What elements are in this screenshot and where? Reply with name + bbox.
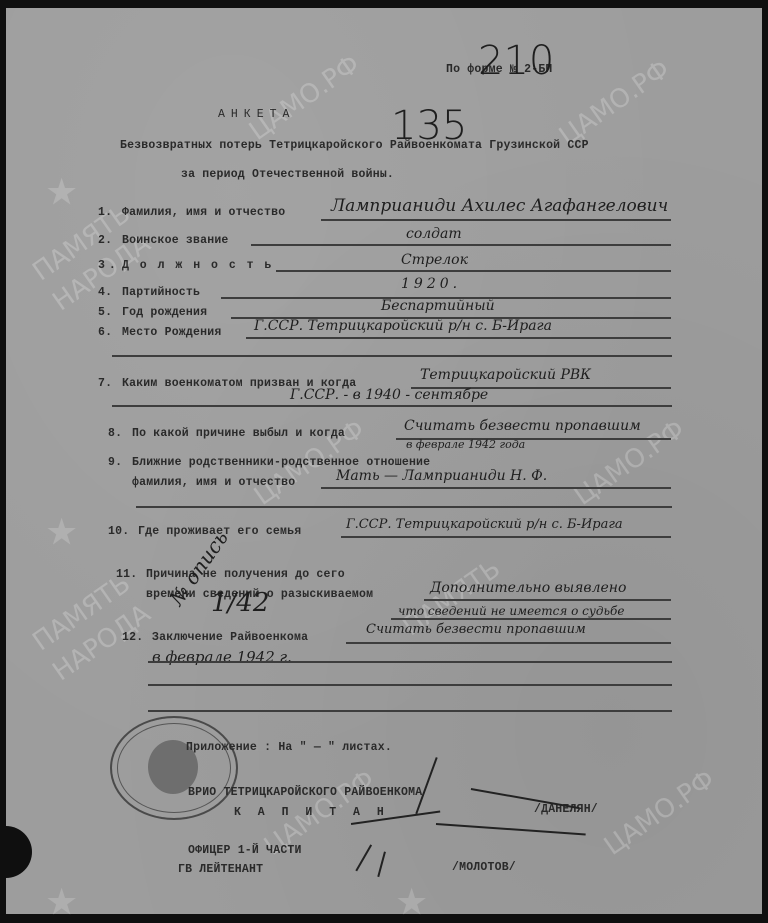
field-11-rule-2: [391, 618, 671, 620]
field-9-rule: [321, 487, 671, 489]
watermark-pamyat: ПАМЯТЬ: [27, 199, 136, 288]
blank-rule-2: [148, 710, 672, 712]
margin-note-number: 1/42: [211, 588, 269, 618]
commander-title: ВРИО ТЕТРИЦКАРОЙСКОГО РАЙВОЕНКОМА: [188, 786, 422, 799]
field-1-value: Ламприаниди Ахилес Агафангелович: [331, 196, 668, 216]
field-1-number: 1.: [98, 206, 112, 219]
field-9-number: 9.: [108, 456, 122, 469]
field-5-label: Год рождения: [122, 306, 207, 319]
field-12-value: Считать безвести пропавшим: [366, 622, 586, 637]
field-8-value-2: в феврале 1942 года: [406, 438, 525, 451]
field-12-number: 12.: [122, 631, 143, 644]
binder-hole: [6, 826, 32, 878]
field-11-rule: [424, 599, 671, 601]
field-9-rule-2: [136, 506, 672, 508]
watermark-camo: ЦАМО.РФ: [554, 54, 675, 152]
watermark-pamyat: ПАМЯТЬ: [27, 569, 136, 658]
field-8-value: Считать безвести пропавшим: [404, 418, 641, 434]
field-3-number: 3.: [98, 259, 120, 272]
field-11-number: 11.: [116, 568, 137, 581]
field-2-value: солдат: [406, 226, 462, 242]
star-watermark-icon: ★: [46, 868, 77, 923]
archive-number-handwritten: 210: [478, 38, 554, 84]
field-12-value-2: в феврале 1942 г.: [152, 648, 292, 666]
field-11-value-2: что сведений не имеется о судьбе: [398, 604, 624, 618]
field-3-value: Стрелок: [401, 252, 468, 268]
field-1-rule: [321, 219, 671, 221]
field-2-rule: [251, 244, 671, 246]
archive-document-sheet: ЦАМО.РФ ЦАМО.РФ ПАМЯТЬ НАРОДА ЦАМО.РФ ЦА…: [6, 8, 762, 914]
field-4-number: 4.: [98, 286, 112, 299]
field-8-label: По какой причине выбыл и когда: [132, 427, 345, 440]
star-watermark-icon: ★: [396, 868, 427, 923]
field-12-rule: [346, 642, 671, 644]
star-watermark-icon: ★: [46, 498, 77, 561]
watermark-camo: ЦАМО.РФ: [244, 49, 365, 147]
document-subtitle-2: за период Отечественной войны.: [181, 168, 394, 181]
field-7-rule-2: [112, 405, 672, 407]
field-9-label-2: фамилия, имя и отчество: [132, 476, 295, 489]
field-6-number: 6.: [98, 326, 112, 339]
field-3-rule: [276, 270, 671, 272]
field-6-rule-extra: [112, 355, 672, 357]
field-4-value: 1920.: [401, 276, 461, 292]
star-watermark-icon: ★: [46, 158, 77, 221]
field-10-rule: [341, 536, 671, 538]
officer-title: ОФИЦЕР 1-Й ЧАСТИ: [188, 844, 302, 857]
field-11-value: Дополнительно выявлено: [430, 580, 626, 596]
attachment-note: Приложение : На " — " листах.: [186, 741, 392, 754]
field-3-label: Д о л ж н о с т ь: [122, 259, 273, 272]
field-6-label: Место Рождения: [122, 326, 221, 339]
field-4-label: Партийность: [122, 286, 200, 299]
officer-rank: ГВ ЛЕЙТЕНАНТ: [178, 863, 263, 876]
field-10-value: Г.ССР. Тетрицкаройский р/н с. Б-Ирага: [346, 517, 623, 532]
field-12-rule-2: [148, 661, 672, 663]
document-title: АНКЕТА: [218, 108, 295, 121]
field-1-label: Фамилия, имя и отчество: [122, 206, 285, 219]
field-9-value: Мать — Ламприаниди Н. Ф.: [336, 468, 547, 484]
field-7-number: 7.: [98, 377, 112, 390]
field-6-rule: [246, 337, 671, 339]
field-10-number: 10.: [108, 525, 129, 538]
field-2-label: Воинское звание: [122, 234, 229, 247]
officer-name: /МОЛОТОВ/: [452, 861, 516, 874]
document-subtitle-1: Безвозвратных потерь Тетрицкаройского Ра…: [120, 139, 589, 152]
field-6-value: Г.ССР. Тетрицкаройский р/н с. Б-Ирага: [254, 318, 552, 334]
official-seal: [110, 716, 238, 820]
field-5-value: Беспартийный: [381, 298, 495, 314]
commander-rank: К А П И Т А Н: [234, 806, 389, 819]
field-2-number: 2.: [98, 234, 112, 247]
field-12-label: Заключение Райвоенкома: [152, 631, 308, 644]
blank-rule-1: [148, 684, 672, 686]
field-5-number: 5.: [98, 306, 112, 319]
field-7-value: Тетрицкаройский РВК: [420, 367, 591, 383]
field-8-number: 8.: [108, 427, 122, 440]
field-7-value-2: Г.ССР. - в 1940 - сентябре: [290, 387, 488, 403]
watermark-camo: ЦАМО.РФ: [599, 764, 720, 862]
